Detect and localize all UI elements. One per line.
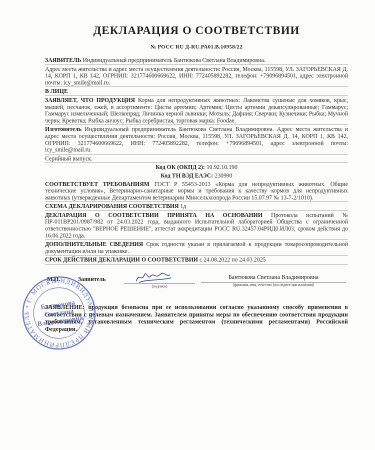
field-applicant: ЗАЯВИТЕЛЬ Индивидуальный предприниматель… — [45, 57, 348, 65]
in-person-label: В ЛИЦЕ — [45, 88, 68, 95]
signatory-name-box: Бантюкова Светлана Владимировна (фамилия… — [201, 274, 346, 288]
document-number: № РОСС RU Д-RU.РА01.В.10958/22 — [45, 44, 348, 50]
applicant-label: ЗАЯВИТЕЛЬ — [45, 57, 81, 64]
field-serial-note: Серийный выпуск. — [45, 155, 348, 163]
manufacturer-text: Индивидуальный предприниматель Бантюкова… — [45, 126, 348, 153]
signature-box: (подпись) — [124, 270, 195, 289]
applicant-address: Адрес места жительства и адрес места осу… — [45, 65, 348, 86]
company-stamp: ИНДИВИДУАЛЬНЫЙ ПРЕДПРИНИМАТЕЛЬ • Г. МОСК… — [16, 270, 102, 356]
scheme-label: СХЕМА ДЕКЛАРИРОВАНИЯ СООТВЕТСТВИЯ — [45, 203, 179, 210]
field-scheme: СХЕМА ДЕКЛАРИРОВАНИЯ СООТВЕТСТВИЯ 1д — [45, 203, 348, 211]
field-manufacturer: Изготовитель Индивидуальный предпринимат… — [45, 126, 348, 154]
field-additional: ДОПОЛНИТЕЛЬНЫЕ СВЕДЕНИЯ Срок годности ук… — [45, 241, 348, 256]
signatory-name: Бантюкова Светлана Владимировна — [201, 274, 346, 283]
applicant-name: Индивидуальный предприниматель Бантюкова… — [83, 57, 266, 64]
field-conformity: СООТВЕТСТВУЕТ ТРЕБОВАНИЯМ ГОСТ Р 55453-2… — [45, 181, 348, 202]
field-code-okpd: Код ОК (ОКПД 2): 10.92.10.190 — [45, 164, 348, 171]
field-product: ЗАЯВЛЯЕТ, ЧТО ПРОДУКЦИЯ Корма для непрод… — [45, 97, 348, 125]
validity-label: СРОК ДЕЙСТВИЯ ДЕКЛАРАЦИИ О СООТВЕТСТВИИ — [45, 256, 198, 263]
scheme-value: 1д — [180, 203, 186, 210]
serial-note: Серийный выпуск. — [45, 155, 92, 162]
field-validity: СРОК ДЕЙСТВИЯ ДЕКЛАРАЦИИ О СООТВЕТСТВИИ … — [45, 257, 348, 265]
field-applicant-address: Адрес места жительства и адрес места осу… — [45, 66, 348, 87]
scanned-declaration-viewport: ДЕКЛАРАЦИЯ О СООТВЕТСТВИИ № РОСС RU Д-RU… — [0, 0, 375, 450]
signature-scribble — [129, 270, 191, 285]
field-code-tnved: Код ТН ВЭД ЕАЭС: 230990 — [45, 172, 348, 179]
signature-caption: (подпись) — [124, 285, 195, 289]
code-tnved-label: Код ТН ВЭД ЕАЭС: — [161, 172, 213, 179]
signatory-name-caption: (фамилия, имя, отчество (последнее при н… — [201, 283, 346, 287]
field-in-person: В ЛИЦЕ — [45, 88, 348, 96]
code-tnved-value: 230990 — [215, 172, 233, 179]
code-okpd-value: 10.92.10.190 — [206, 164, 237, 171]
field-basis: ДЕКЛАРАЦИЯ О СООТВЕТСТВИИ ПРИНЯТА НА ОСН… — [45, 212, 348, 240]
code-okpd-label: Код ОК (ОКПД 2): — [156, 164, 205, 171]
document-title: ДЕКЛАРАЦИЯ О СООТВЕТСТВИИ — [45, 24, 348, 37]
validity-value: с 24.08.2022 по 24.03.2025 — [199, 256, 265, 263]
document-page: ДЕКЛАРАЦИЯ О СООТВЕТСТВИИ № РОСС RU Д-RU… — [0, 0, 375, 450]
